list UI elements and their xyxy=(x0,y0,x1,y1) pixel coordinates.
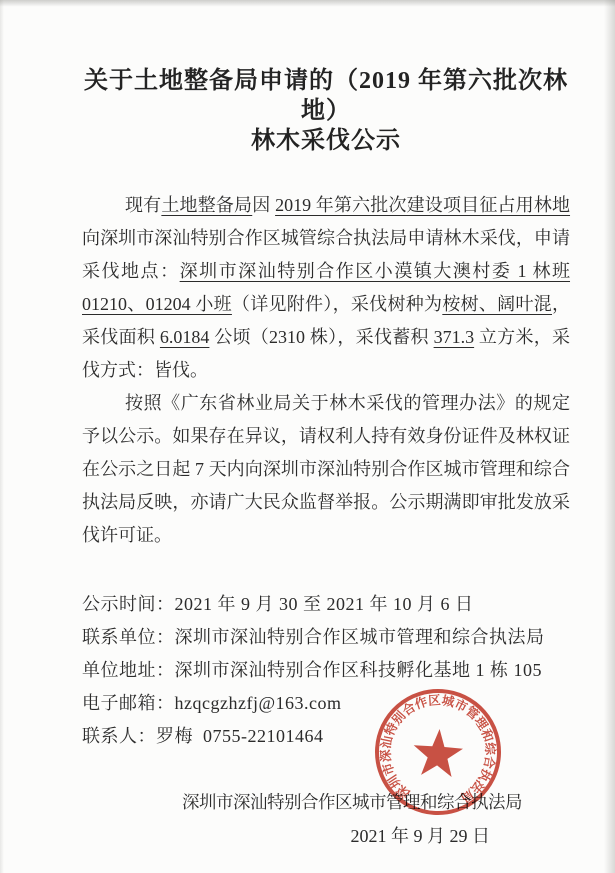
underlined-text: 371.3 xyxy=(434,327,475,347)
signature-block: 深圳市深汕特别合作区城市管理和综合执法局 2021 年 9 月 29 日 xyxy=(0,785,615,854)
scan-edge-left xyxy=(0,0,4,873)
document-title: 关于土地整备局申请的（2019 年第六批次林地） 林木采伐公示 xyxy=(82,66,570,156)
contact-row: 联系人：罗梅 0755-22101464 xyxy=(82,720,587,753)
contact-value: 深圳市深汕特别合作区城市管理和综合执法局 xyxy=(175,627,545,647)
underlined-text: 桉树、阔叶混 xyxy=(442,294,552,314)
text-run: 因 xyxy=(252,195,275,215)
underlined-text: 土地整备局 xyxy=(161,195,252,215)
contact-label: 联系单位： xyxy=(82,627,175,647)
text-run: 现有 xyxy=(125,195,161,215)
document-page: 关于土地整备局申请的（2019 年第六批次林地） 林木采伐公示 现有土地整备局因… xyxy=(0,0,615,873)
contact-row: 电子邮箱：hzqcgzhzfj@163.com xyxy=(82,687,587,720)
contact-row: 联系单位：深圳市深汕特别合作区城市管理和综合执法局 xyxy=(82,621,587,654)
contact-row: 公示时间：2021 年 9 月 30 至 2021 年 10 月 6 日 xyxy=(82,588,587,621)
contact-label: 公示时间： xyxy=(82,594,175,614)
contact-value: hzqcgzhzfj@163.com xyxy=(175,693,342,713)
contact-value: 罗梅 0755-22101464 xyxy=(156,726,324,746)
contact-value: 深圳市深汕特别合作区科技孵化基地 1 栋 105 xyxy=(175,660,543,680)
body-paragraph-2: 按照《广东省林业局关于林木采伐的管理办法》的规定予以公示。如果存在异议，请权利人… xyxy=(82,387,570,552)
contact-row: 单位地址：深圳市深汕特别合作区科技孵化基地 1 栋 105 xyxy=(82,654,587,687)
signature-agency: 深圳市深汕特别合作区城市管理和综合执法局 xyxy=(0,785,615,819)
scan-edge-top xyxy=(0,0,615,8)
scan-edge-right xyxy=(604,0,615,873)
underlined-text: 2019 年第六批次建设项目征占用林地 xyxy=(275,195,570,215)
underlined-text: 6.0184 xyxy=(160,327,210,347)
contact-label: 联系人： xyxy=(82,726,156,746)
title-line-1: 关于土地整备局申请的（2019 年第六批次林地） xyxy=(82,66,570,126)
body-paragraph-1: 现有土地整备局因 2019 年第六批次建设项目征占用林地向深圳市深汕特别合作区城… xyxy=(82,189,570,387)
contact-value: 2021 年 9 月 30 至 2021 年 10 月 6 日 xyxy=(175,594,474,614)
contact-label: 电子邮箱： xyxy=(82,693,175,713)
text-run: 公顷（2310 株），采伐蓄积 xyxy=(209,327,433,347)
text-run: （详见附件），采伐树种为 xyxy=(232,294,442,314)
signature-date: 2021 年 9 月 29 日 xyxy=(0,819,615,854)
title-line-2: 林木采伐公示 xyxy=(82,126,570,156)
contact-label: 单位地址： xyxy=(82,660,175,680)
contact-block: 公示时间：2021 年 9 月 30 至 2021 年 10 月 6 日联系单位… xyxy=(82,588,587,753)
